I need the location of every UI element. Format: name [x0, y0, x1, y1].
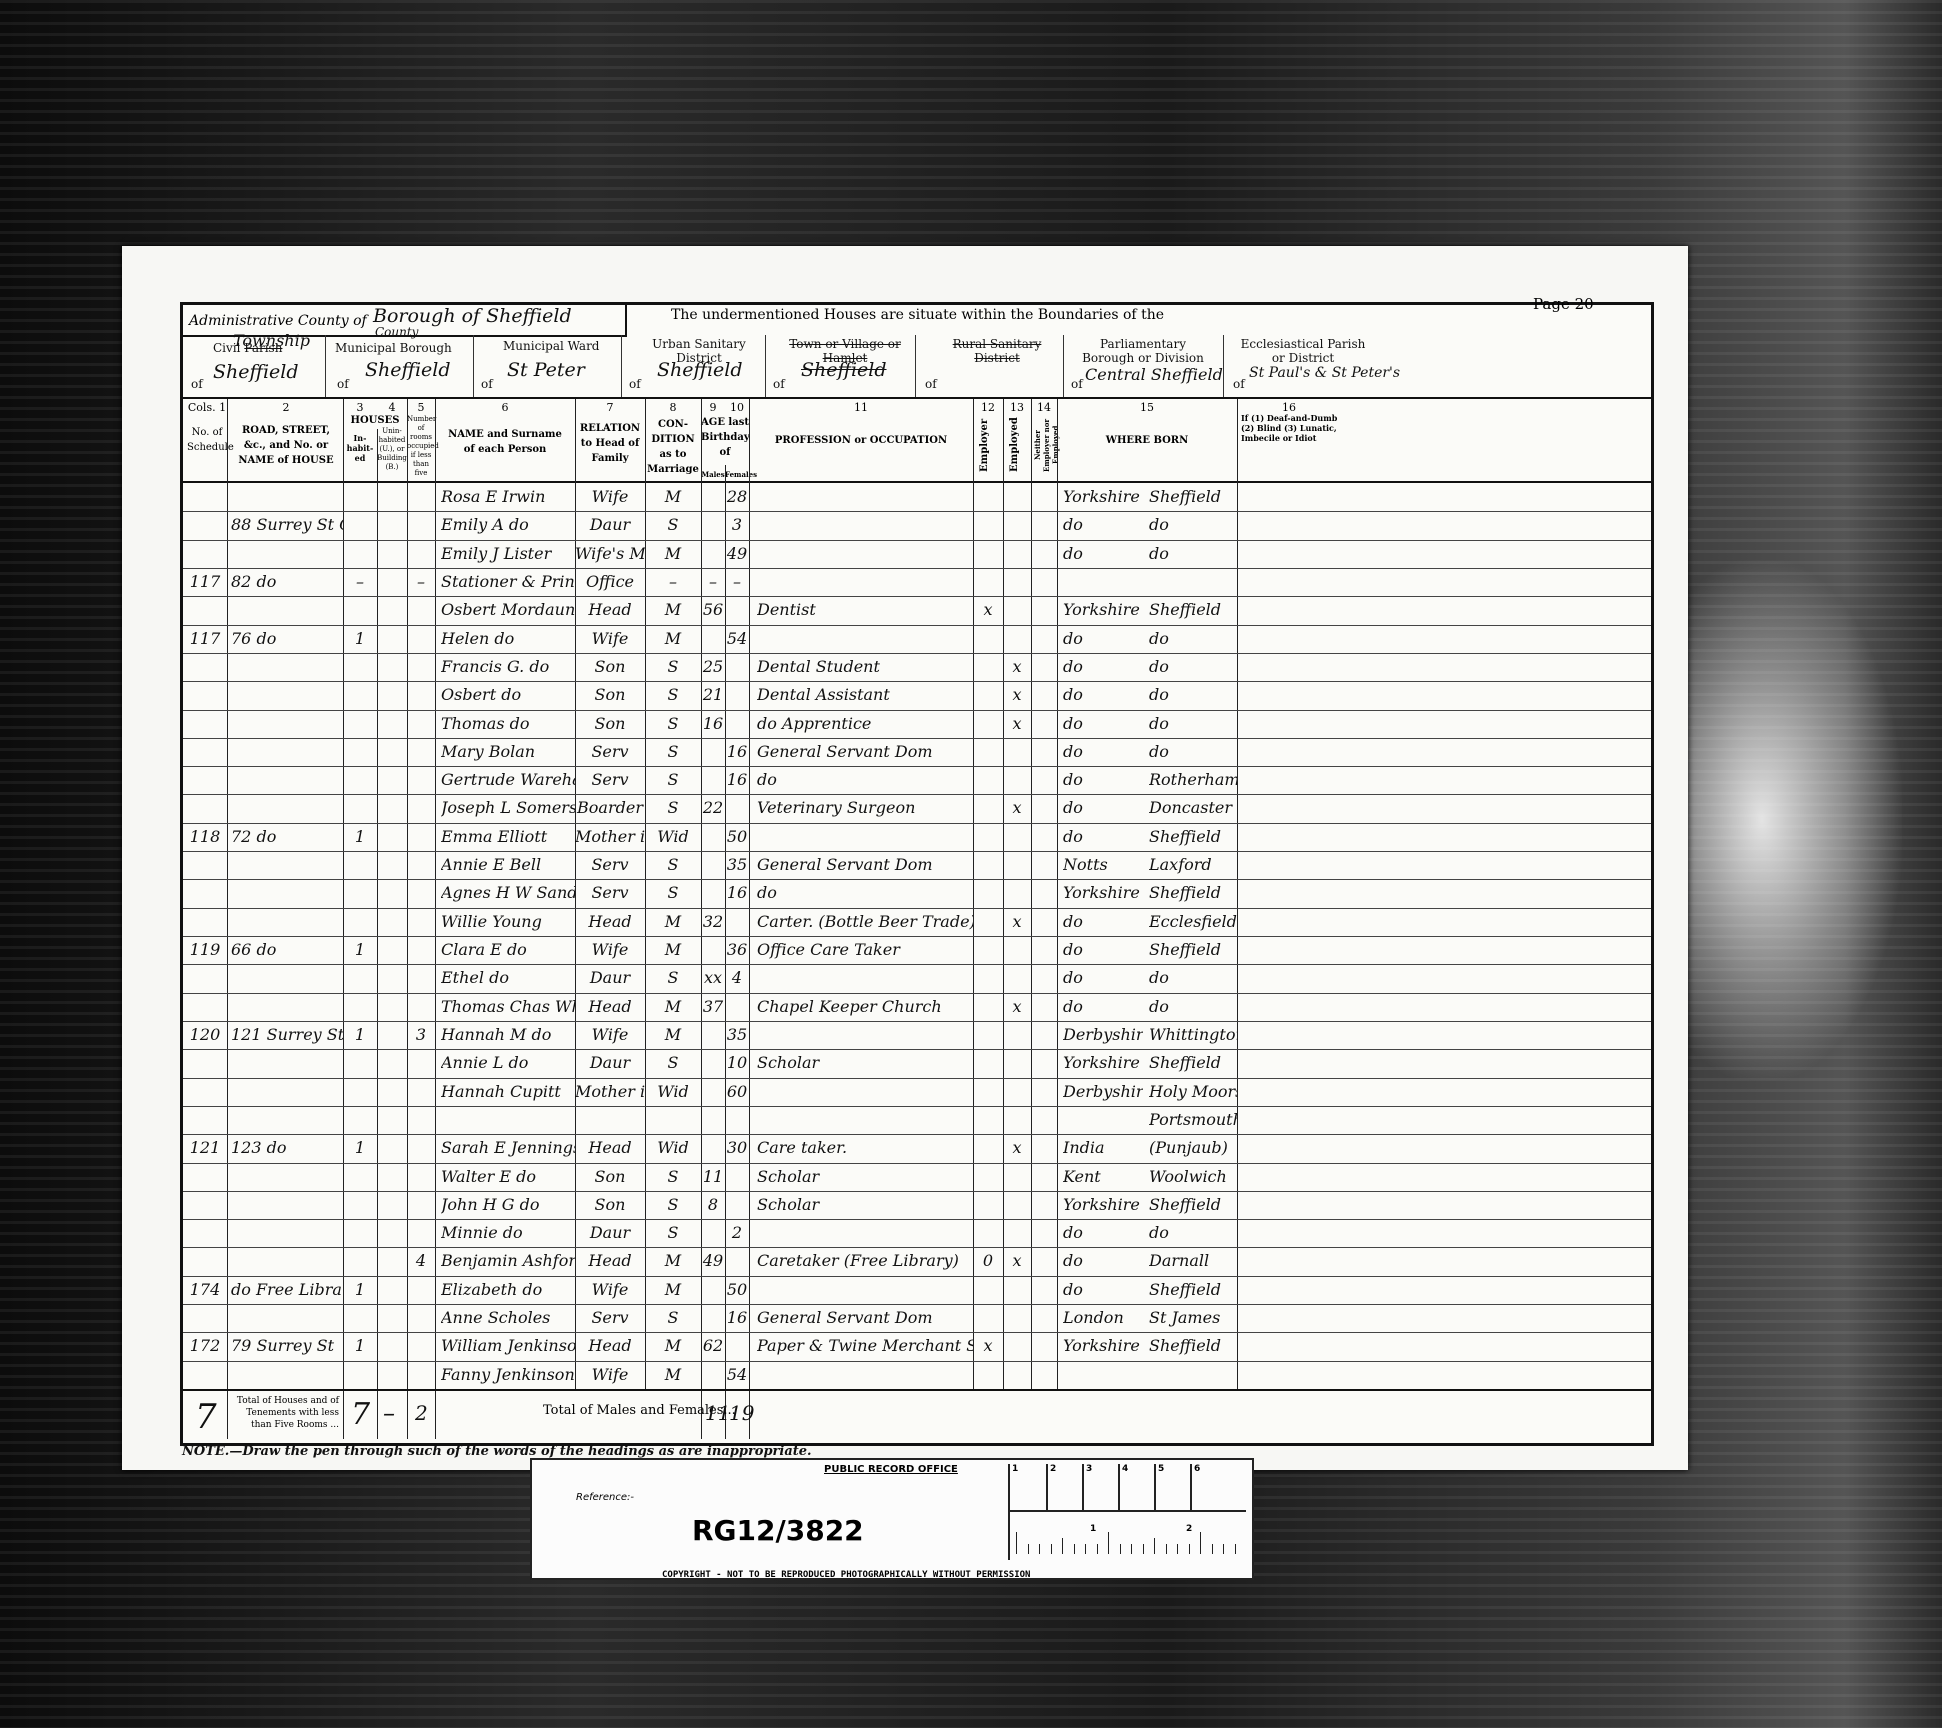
ruler-tick: 5: [1154, 1464, 1164, 1510]
female-age-cell: 16: [725, 879, 749, 906]
occupation-cell: [757, 1276, 973, 1303]
schedule-cell: 172: [183, 1332, 227, 1359]
employer-cell: [973, 823, 1003, 850]
of-label: of: [1233, 377, 1245, 391]
condition-cell: S: [645, 851, 701, 878]
female-age-cell: 50: [725, 823, 749, 850]
rooms-cell: 3: [407, 1021, 435, 1048]
division-urban-sanitary: Urban Sanitary District of Sheffield: [621, 335, 766, 397]
female-age-cell: 4: [725, 964, 749, 991]
female-age-cell: 36: [725, 936, 749, 963]
condition-cell: M: [645, 1361, 701, 1388]
relation-cell: Wife: [575, 625, 645, 652]
employed-cell: [1003, 511, 1031, 538]
rooms-cell: [407, 766, 435, 793]
condition-cell: M: [645, 936, 701, 963]
condition-cell: S: [645, 1163, 701, 1190]
col-num: 12: [973, 401, 1003, 414]
division-ecclesiastical: Ecclesiastical Parish or District of St …: [1223, 335, 1383, 397]
col-uninhabited-title: Unin-habited (U.), or Building (B.): [377, 427, 407, 472]
ruler-tick: 2: [1046, 1464, 1056, 1510]
ruler-mark: [1051, 1544, 1052, 1554]
born-place-cell: Sheffield: [1149, 1332, 1237, 1359]
female-age-cell: [725, 1247, 749, 1274]
male-age-cell: [701, 1049, 725, 1076]
name-cell: Thomas Chas Wheatley: [441, 993, 575, 1020]
ruler-mark: [1223, 1544, 1224, 1554]
inhabited-cell: [343, 710, 377, 737]
address-cell: 79 Surrey St: [231, 1332, 343, 1359]
relation-cell: Wife: [575, 1361, 645, 1388]
table-row: 17279 Surrey St1William JenkinsonHeadM62…: [183, 1332, 1651, 1361]
totals-row: 7 Total of Houses and of Tenements with …: [183, 1389, 1651, 1445]
name-cell: Hannah M do: [441, 1021, 575, 1048]
condition-cell: M: [645, 1247, 701, 1274]
address-cell: [231, 483, 343, 510]
table-row: 121123 do1Sarah E JenningsHeadWid30Care …: [183, 1134, 1651, 1163]
male-age-cell: [701, 1021, 725, 1048]
address-cell: [231, 1304, 343, 1331]
male-age-cell: 16: [701, 710, 725, 737]
occupation-cell: General Servant Dom: [757, 851, 973, 878]
occupation-cell: [757, 568, 973, 595]
employer-cell: [973, 1078, 1003, 1105]
schedule-cell: [183, 879, 227, 906]
male-age-cell: [701, 540, 725, 567]
relation-cell: Son: [575, 653, 645, 680]
name-cell: Osbert do: [441, 681, 575, 708]
rooms-cell: [407, 483, 435, 510]
col-occupation-title: PROFESSION or OCCUPATION: [749, 433, 973, 448]
employer-cell: [973, 1106, 1003, 1133]
division-label: Rural Sanitary District: [931, 337, 1063, 365]
female-age-cell: [725, 681, 749, 708]
employed-cell: [1003, 738, 1031, 765]
division-value: Sheffield: [365, 359, 451, 381]
occupation-cell: [757, 823, 973, 850]
col-num: 5: [407, 401, 435, 414]
col-num: 7: [575, 401, 645, 414]
rooms-cell: [407, 1163, 435, 1190]
inhabited-cell: [343, 596, 377, 623]
schedule-cell: [183, 511, 227, 538]
relation-cell: Son: [575, 710, 645, 737]
employer-cell: [973, 710, 1003, 737]
male-age-cell: [701, 936, 725, 963]
male-age-cell: [701, 625, 725, 652]
table-row: Hannah CupittMother in LawWid60Derbyshir…: [183, 1078, 1651, 1107]
column-header: Cols. 1 2 3 4 5 6 7 8 9 10 11 12 13 14 1…: [183, 399, 1651, 481]
table-row: John H G doSonS8ScholarYorkshireSheffiel…: [183, 1191, 1651, 1220]
name-cell: Rosa E Irwin: [441, 483, 575, 510]
table-row: Willie YoungHeadM32Carter. (Bottle Beer …: [183, 908, 1651, 937]
employed-cell: [1003, 1219, 1031, 1246]
ruler-mark: [1039, 1544, 1040, 1554]
rooms-cell: [407, 710, 435, 737]
male-age-cell: xx: [701, 964, 725, 991]
table-row: Joseph L SomersetBoarderS22Veterinary Su…: [183, 794, 1651, 823]
rooms-cell: [407, 964, 435, 991]
female-age-cell: 35: [725, 1021, 749, 1048]
col-num: Cols. 1: [187, 401, 227, 414]
col-females-title: Females: [725, 467, 749, 482]
reference-label: Reference:-: [576, 1492, 634, 1503]
inhabited-cell: [343, 540, 377, 567]
relation-cell: Wife's Mother: [575, 540, 645, 567]
female-age-cell: [725, 710, 749, 737]
inhabited-cell: [343, 1049, 377, 1076]
relation-cell: Serv: [575, 738, 645, 765]
intro-text: The undermentioned Houses are situate wi…: [671, 307, 1164, 323]
born-place-cell: St James: [1149, 1304, 1237, 1331]
name-cell: Gertrude Wareham: [441, 766, 575, 793]
total-males: 11: [705, 1401, 730, 1425]
relation-cell: Son: [575, 1191, 645, 1218]
born-county-cell: do: [1063, 823, 1143, 850]
table-row: Agnes H W SandersServS16doYorkshireSheff…: [183, 879, 1651, 908]
condition-cell: M: [645, 1021, 701, 1048]
inhabited-cell: [343, 483, 377, 510]
ruler-mark: [1016, 1532, 1017, 1554]
schedule-cell: [183, 993, 227, 1020]
reference-number: RG12/3822: [692, 1514, 864, 1547]
employed-cell: [1003, 1332, 1031, 1359]
employed-cell: x: [1003, 1247, 1031, 1274]
occupation-cell: Veterinary Surgeon: [757, 794, 973, 821]
employed-cell: [1003, 1021, 1031, 1048]
rooms-cell: [407, 1049, 435, 1076]
born-place-cell: do: [1149, 710, 1237, 737]
female-age-cell: [725, 993, 749, 1020]
schedule-cell: [183, 1361, 227, 1388]
female-age-cell: [725, 596, 749, 623]
born-place-cell: do: [1149, 964, 1237, 991]
employed-cell: [1003, 964, 1031, 991]
occupation-cell: Scholar: [757, 1163, 973, 1190]
table-row: 11782 do––Stationer & PrinterOffice–––: [183, 568, 1651, 597]
address-cell: [231, 1247, 343, 1274]
division-value: Sheffield: [213, 361, 299, 383]
schedule-cell: 120: [183, 1021, 227, 1048]
male-age-cell: [701, 879, 725, 906]
employed-cell: [1003, 1276, 1031, 1303]
born-place-cell: Sheffield: [1149, 596, 1237, 623]
relation-cell: Serv: [575, 766, 645, 793]
ruler-mark: [1120, 1544, 1121, 1554]
born-county-cell: London: [1063, 1304, 1143, 1331]
inhabited-cell: [343, 1078, 377, 1105]
male-age-cell: [701, 1106, 725, 1133]
rooms-cell: [407, 794, 435, 821]
of-label: of: [337, 377, 349, 391]
born-county-cell: do: [1063, 936, 1143, 963]
ruler-cm: 1 2 3 4 5 6: [1010, 1464, 1246, 1512]
rooms-cell: [407, 511, 435, 538]
table-row: 11966 do1Clara E doWifeM36Office Care Ta…: [183, 936, 1651, 965]
occupation-cell: [757, 511, 973, 538]
relation-cell: Mother in Law: [575, 823, 645, 850]
inhabited-cell: [343, 681, 377, 708]
employer-cell: [973, 625, 1003, 652]
total-rooms: 2: [415, 1401, 428, 1425]
col-rooms-title: Number of rooms occupied if less than fi…: [407, 415, 435, 478]
schedule-cell: [183, 1049, 227, 1076]
born-county-cell: Yorkshire: [1063, 1191, 1143, 1218]
born-place-cell: Sheffield: [1149, 936, 1237, 963]
col-num: 8: [645, 401, 701, 414]
born-place-cell: do: [1149, 993, 1237, 1020]
scale-ruler: 1 2 3 4 5 6 1 2: [1008, 1464, 1246, 1560]
schedule-cell: 119: [183, 936, 227, 963]
born-county-cell: do: [1063, 511, 1143, 538]
table-row: Mary BolanServS16General Servant Domdodo: [183, 738, 1651, 767]
col-age-title: AGE last Birthday of: [701, 415, 749, 460]
occupation-cell: Office Care Taker: [757, 936, 973, 963]
born-county-cell: [1063, 1361, 1143, 1388]
name-cell: Ethel do: [441, 964, 575, 991]
born-county-cell: Yorkshire: [1063, 596, 1143, 623]
employer-cell: x: [973, 596, 1003, 623]
inhabited-cell: [343, 794, 377, 821]
female-age-cell: 30: [725, 1134, 749, 1161]
occupation-cell: General Servant Dom: [757, 1304, 973, 1331]
schedule-cell: 174: [183, 1276, 227, 1303]
relation-cell: Boarder: [575, 794, 645, 821]
inhabited-cell: [343, 1219, 377, 1246]
ruler-mark: [1028, 1544, 1029, 1554]
employed-cell: [1003, 625, 1031, 652]
condition-cell: M: [645, 596, 701, 623]
condition-cell: S: [645, 1304, 701, 1331]
rooms-cell: [407, 738, 435, 765]
male-age-cell: 8: [701, 1191, 725, 1218]
division-civil-parish: Civil Parish Township of Sheffield: [183, 335, 326, 397]
female-age-cell: 16: [725, 738, 749, 765]
census-rows: Rosa E IrwinWifeM28YorkshireSheffield 88…: [183, 483, 1651, 1389]
relation-cell: Head: [575, 596, 645, 623]
rooms-cell: [407, 993, 435, 1020]
male-age-cell: [701, 1134, 725, 1161]
relation-cell: Wife: [575, 936, 645, 963]
male-age-cell: [701, 1361, 725, 1388]
name-cell: Fanny Jenkinson: [441, 1361, 575, 1388]
division-label: Parliamentary Borough or Division: [1073, 337, 1213, 365]
female-age-cell: 35: [725, 851, 749, 878]
ruler-tick: 4: [1118, 1464, 1128, 1510]
born-place-cell: do: [1149, 511, 1237, 538]
name-cell: Agnes H W Sanders: [441, 879, 575, 906]
schedule-cell: [183, 1163, 227, 1190]
condition-cell: M: [645, 1332, 701, 1359]
rooms-cell: [407, 1304, 435, 1331]
employer-cell: [973, 766, 1003, 793]
address-cell: [231, 653, 343, 680]
ruler-mark: [1074, 1544, 1075, 1554]
table-row: 88 Surrey St ContEmily A doDaurS3dodo: [183, 511, 1651, 540]
employed-cell: [1003, 1163, 1031, 1190]
relation-cell: Daur: [575, 1219, 645, 1246]
employer-cell: [973, 964, 1003, 991]
employed-cell: [1003, 483, 1031, 510]
inhabited-cell: [343, 1304, 377, 1331]
census-page: Administrative County of Borough of Shef…: [122, 246, 1688, 1470]
inhabited-cell: –: [343, 568, 377, 595]
born-place-cell: Whittington: [1149, 1021, 1237, 1048]
occupation-cell: Paper & Twine Merchant Station: [757, 1332, 973, 1359]
occupation-cell: [757, 625, 973, 652]
ruler-mark: [1097, 1544, 1098, 1554]
born-place-cell: Rotherham: [1149, 766, 1237, 793]
born-county-cell: do: [1063, 993, 1143, 1020]
table-row: 120121 Surrey Street13Hannah M doWifeM35…: [183, 1021, 1651, 1050]
address-cell: 121 Surrey Street: [231, 1021, 343, 1048]
rooms-cell: [407, 1191, 435, 1218]
schedule-cell: [183, 1219, 227, 1246]
male-age-cell: 37: [701, 993, 725, 1020]
ruler-mark: [1189, 1544, 1190, 1554]
employer-cell: [973, 483, 1003, 510]
employed-cell: [1003, 823, 1031, 850]
female-age-cell: –: [725, 568, 749, 595]
of-label: of: [773, 377, 785, 391]
employed-cell: x: [1003, 1134, 1031, 1161]
name-cell: John H G do: [441, 1191, 575, 1218]
born-place-cell: do: [1149, 681, 1237, 708]
condition-cell: S: [645, 794, 701, 821]
name-cell: Willie Young: [441, 908, 575, 935]
schedule-cell: [183, 1078, 227, 1105]
address-cell: [231, 1361, 343, 1388]
name-cell: Minnie do: [441, 1219, 575, 1246]
employed-cell: [1003, 766, 1031, 793]
inhabited-cell: [343, 993, 377, 1020]
female-age-cell: [725, 908, 749, 935]
address-cell: [231, 1219, 343, 1246]
name-cell: Joseph L Somerset: [441, 794, 575, 821]
inhabited-cell: [343, 1106, 377, 1133]
employed-cell: [1003, 1304, 1031, 1331]
born-county-cell: India: [1063, 1134, 1143, 1161]
header-band: Administrative County of Borough of Shef…: [183, 305, 1651, 397]
employed-cell: [1003, 1049, 1031, 1076]
address-cell: [231, 908, 343, 935]
relation-cell: Daur: [575, 964, 645, 991]
address-cell: [231, 993, 343, 1020]
ruler-tick: 1: [1010, 1464, 1018, 1510]
employed-cell: [1003, 1191, 1031, 1218]
employer-cell: [973, 653, 1003, 680]
table-row: 174do Free Library1Elizabeth doWifeM50do…: [183, 1276, 1651, 1305]
employed-cell: x: [1003, 681, 1031, 708]
born-county-cell: do: [1063, 766, 1143, 793]
employed-cell: [1003, 1106, 1031, 1133]
schedule-cell: [183, 1304, 227, 1331]
total-houses-label: Total of Houses and of Tenements with le…: [233, 1395, 339, 1431]
name-cell: Hannah Cupitt: [441, 1078, 575, 1105]
col-num: 13: [1003, 401, 1031, 414]
employer-cell: [973, 936, 1003, 963]
occupation-cell: [757, 540, 973, 567]
relation-cell: Head: [575, 1247, 645, 1274]
ruler-mark: [1177, 1544, 1178, 1554]
col-males-title: Males: [701, 467, 725, 482]
condition-cell: S: [645, 681, 701, 708]
division-value: St Peter: [507, 359, 585, 381]
occupation-cell: [757, 1361, 973, 1388]
relation-cell: Son: [575, 681, 645, 708]
born-place-cell: Sheffield: [1149, 823, 1237, 850]
male-age-cell: [701, 766, 725, 793]
inhabited-cell: [343, 851, 377, 878]
condition-cell: S: [645, 1049, 701, 1076]
address-cell: [231, 794, 343, 821]
name-cell: Annie L do: [441, 1049, 575, 1076]
female-age-cell: 16: [725, 1304, 749, 1331]
schedule-cell: [183, 483, 227, 510]
schedule-cell: 117: [183, 568, 227, 595]
schedule-cell: [183, 964, 227, 991]
employed-cell: [1003, 540, 1031, 567]
female-age-cell: 10: [725, 1049, 749, 1076]
employer-cell: [973, 1163, 1003, 1190]
address-cell: 72 do: [231, 823, 343, 850]
condition-cell: M: [645, 540, 701, 567]
division-insert: Township: [233, 331, 310, 350]
born-place-cell: do: [1149, 540, 1237, 567]
schedule-cell: 118: [183, 823, 227, 850]
rooms-cell: [407, 908, 435, 935]
name-cell: Anne Scholes: [441, 1304, 575, 1331]
division-municipal-borough: Municipal Borough County of Sheffield: [325, 335, 474, 397]
occupation-cell: Dentist: [757, 596, 973, 623]
of-label: of: [925, 377, 937, 391]
admin-county-label: Administrative County of: [189, 313, 367, 329]
born-county-cell: Derbyshire: [1063, 1078, 1143, 1105]
ruler-mark: [1212, 1544, 1213, 1554]
inhabited-cell: [343, 653, 377, 680]
schedule-cell: [183, 1247, 227, 1274]
female-age-cell: 54: [725, 625, 749, 652]
female-age-cell: 54: [725, 1361, 749, 1388]
table-row: Ethel doDaurSxx4dodo: [183, 964, 1651, 993]
relation-cell: Daur: [575, 511, 645, 538]
employer-cell: [973, 1304, 1003, 1331]
born-county-cell: do: [1063, 653, 1143, 680]
table-row: Portsmouth: [183, 1106, 1651, 1135]
occupation-cell: Scholar: [757, 1049, 973, 1076]
name-cell: Emily A do: [441, 511, 575, 538]
schedule-cell: [183, 653, 227, 680]
schedule-cell: [183, 851, 227, 878]
occupation-cell: Scholar: [757, 1191, 973, 1218]
address-cell: [231, 1106, 343, 1133]
born-county-cell: do: [1063, 738, 1143, 765]
census-form: Administrative County of Borough of Shef…: [180, 302, 1654, 1446]
female-age-cell: 3: [725, 511, 749, 538]
rooms-cell: [407, 1219, 435, 1246]
rooms-cell: 4: [407, 1247, 435, 1274]
born-place-cell: Sheffield: [1149, 879, 1237, 906]
relation-cell: Daur: [575, 1049, 645, 1076]
male-age-cell: [701, 851, 725, 878]
male-age-cell: 56: [701, 596, 725, 623]
employer-cell: [973, 511, 1003, 538]
name-cell: Francis G. do: [441, 653, 575, 680]
relation-cell: Head: [575, 993, 645, 1020]
born-county-cell: do: [1063, 540, 1143, 567]
employed-cell: [1003, 936, 1031, 963]
division-insert: County: [375, 325, 418, 339]
